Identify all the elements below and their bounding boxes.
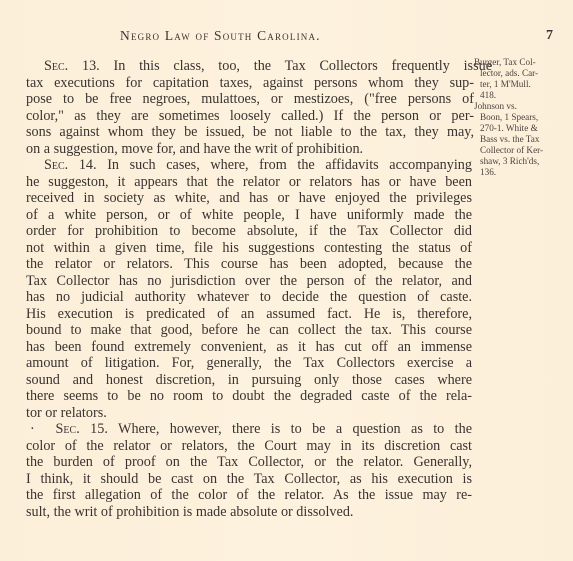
margin-note-line: Johnson vs. xyxy=(474,101,570,112)
margin-note-line: Boon, 1 Spears, xyxy=(474,112,570,123)
text-line: the first allegation of the color of the… xyxy=(26,487,472,504)
text-line: Tax Collector has no jurisdiction over t… xyxy=(26,273,472,290)
margin-note-line: Bass vs. the Tax xyxy=(474,134,570,145)
margin-citation-note: Burger, Tax Col- lector, ads. Car- ter, … xyxy=(474,57,570,178)
text-line: · Sec. 15. Where, however, there is to b… xyxy=(26,421,472,438)
text-line: sult, the writ of prohibition is made ab… xyxy=(26,504,472,521)
text-line: sound and honest discretion, in pursuing… xyxy=(26,372,472,389)
text-line: amount of litigation. For, generally, th… xyxy=(26,355,472,372)
text-line: he suggeston, it appears that the relato… xyxy=(26,174,472,191)
page-header: Negro Law of South Carolina. 7 xyxy=(0,28,573,48)
section-14: Sec. 14. In such cases, where, from the … xyxy=(26,157,472,421)
text-line: the relator or relators. This course has… xyxy=(26,256,472,273)
margin-note-line: 136. xyxy=(474,167,570,178)
page-number: 7 xyxy=(546,28,553,44)
book-page: Negro Law of South Carolina. 7 Sec. 13. … xyxy=(0,0,573,561)
text-line: of a white person, or of white people, I… xyxy=(26,207,472,224)
section-heading: Sec. 15. xyxy=(56,421,108,437)
text-line: tor or relators. xyxy=(26,405,472,422)
text-line: pose to be free negroes, mulattoes, or m… xyxy=(26,91,474,108)
text-line: not within a given time, file his sugges… xyxy=(26,240,472,257)
text-line: there seems to be no room to doubt the d… xyxy=(26,388,472,405)
stray-mark: · xyxy=(30,421,35,437)
text-line: tax executions for capitation taxes, aga… xyxy=(26,75,474,92)
text-line: Sec. 14. In such cases, where, from the … xyxy=(26,157,472,174)
text-line: bound to make that good, before he can c… xyxy=(26,322,472,339)
margin-note-line: Collector of Ker- xyxy=(474,145,570,156)
section-13: Sec. 13. In this class, too, the Tax Col… xyxy=(26,58,472,157)
margin-note-line: Burger, Tax Col- xyxy=(474,57,570,68)
margin-note-line: ter, 1 M'Mull. xyxy=(474,79,570,90)
section-15: · Sec. 15. Where, however, there is to b… xyxy=(26,421,472,520)
section-heading: Sec. 13. xyxy=(44,58,100,74)
text-line: His execution is predicated of an assume… xyxy=(26,306,472,323)
text-line: order for prohibition to become absolute… xyxy=(26,223,472,240)
text-line: color," as they are sometimes loosely ca… xyxy=(26,108,474,125)
margin-note-line: lector, ads. Car- xyxy=(474,68,570,79)
running-title: Negro Law of South Carolina. xyxy=(120,28,321,44)
text-line: the burden of proof on the Tax Collector… xyxy=(26,454,472,471)
text-line: Sec. 13. In this class, too, the Tax Col… xyxy=(26,58,492,75)
text-line: received in society as white, and has or… xyxy=(26,190,472,207)
text-line: sons against whom they be issued, be not… xyxy=(26,124,474,141)
margin-note-line: 270-1. White & xyxy=(474,123,570,134)
text-line: color of the relator or relators, the Co… xyxy=(26,438,472,455)
body-text: Sec. 13. In this class, too, the Tax Col… xyxy=(26,58,472,520)
text-line: has no judicial authority whatever to de… xyxy=(26,289,472,306)
text-line: on a suggestion, move for, and have the … xyxy=(26,141,472,158)
margin-note-line: shaw, 3 Rich'ds, xyxy=(474,156,570,167)
text-line: has been found extremely convenient, as … xyxy=(26,339,472,356)
margin-note-line: 418. xyxy=(474,90,570,101)
text-line: I think, it should be cast on the Tax Co… xyxy=(26,471,472,488)
section-heading: Sec. 14. xyxy=(44,157,97,173)
